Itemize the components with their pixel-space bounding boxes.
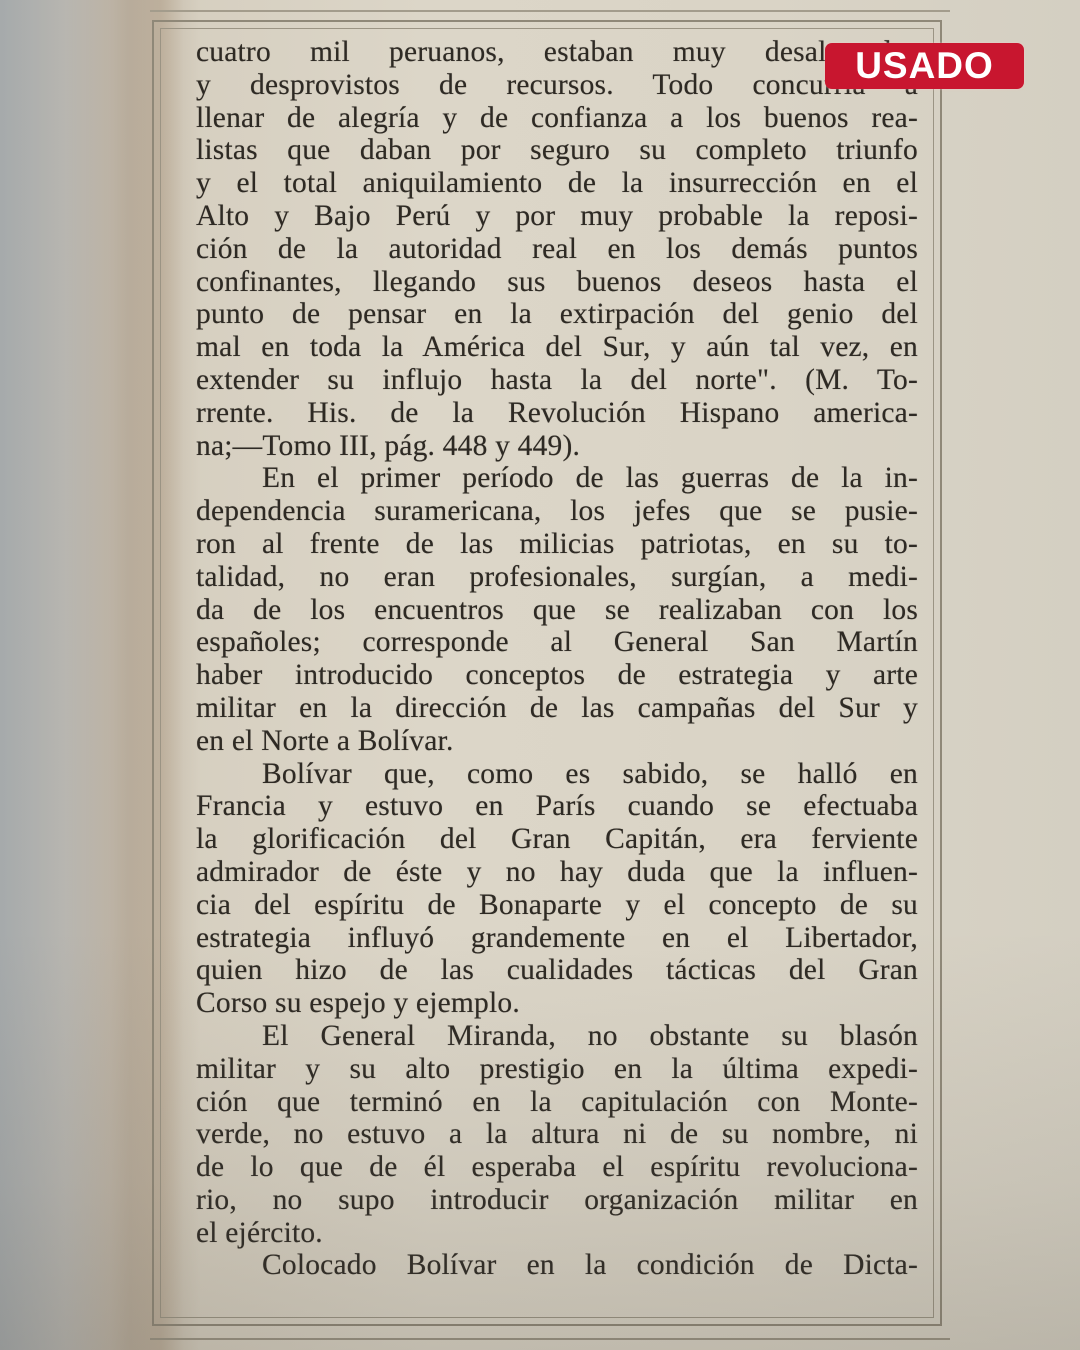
text-line: llenar de alegría y de confianza a los b… bbox=[196, 102, 918, 135]
text-line: ción de la autoridad real en los demás p… bbox=[196, 233, 918, 266]
text-line: militar y su alto prestigio en la última… bbox=[196, 1053, 918, 1086]
text-line: verde, no estuvo a la altura ni de su no… bbox=[196, 1118, 918, 1151]
text-line: cia del espíritu de Bonaparte y el conce… bbox=[196, 889, 918, 922]
text-line: y desprovistos de recursos. Todo concurr… bbox=[196, 69, 918, 102]
text-line: mal en toda la América del Sur, y aún ta… bbox=[196, 331, 918, 364]
text-line: listas que daban por seguro su completo … bbox=[196, 134, 918, 167]
text-line: y el total aniquilamiento de la insurrec… bbox=[196, 167, 918, 200]
text-line: da de los encuentros que se realizaban c… bbox=[196, 594, 918, 627]
text-line: talidad, no eran profesionales, surgían,… bbox=[196, 561, 918, 594]
text-line: haber introducido conceptos de estrategi… bbox=[196, 659, 918, 692]
text-line: Alto y Bajo Perú y por muy probable la r… bbox=[196, 200, 918, 233]
text-line: admirador de éste y no hay duda que la i… bbox=[196, 856, 918, 889]
text-line: el ejército. bbox=[196, 1217, 918, 1250]
text-line: la glorificación del Gran Capitán, era f… bbox=[196, 823, 918, 856]
text-line: españoles; corresponde al General San Ma… bbox=[196, 626, 918, 659]
text-line: Colocado Bolívar en la condición de Dict… bbox=[196, 1249, 918, 1282]
text-line: rrente. His. de la Revolución Hispano am… bbox=[196, 397, 918, 430]
book-page-text: cuatro mil peruanos, estaban muy desalen… bbox=[196, 36, 918, 1282]
used-condition-badge: USADO bbox=[825, 43, 1024, 89]
text-line: quien hizo de las cualidades tácticas de… bbox=[196, 954, 918, 987]
text-line: en el Norte a Bolívar. bbox=[196, 725, 918, 758]
text-line: Corso su espejo y ejemplo. bbox=[196, 987, 918, 1020]
text-line: extender su influjo hasta la del norte".… bbox=[196, 364, 918, 397]
text-line: ron al frente de las milicias patriotas,… bbox=[196, 528, 918, 561]
text-line: En el primer período de las guerras de l… bbox=[196, 462, 918, 495]
paragraph-2: En el primer período de las guerras de l… bbox=[196, 462, 918, 757]
text-line: Bolívar que, como es sabido, se halló en bbox=[196, 758, 918, 791]
text-line: rio, no supo introducir organización mil… bbox=[196, 1184, 918, 1217]
paragraph-5: Colocado Bolívar en la condición de Dict… bbox=[196, 1249, 918, 1282]
text-line: militar en la dirección de las campañas … bbox=[196, 692, 918, 725]
paragraph-1: cuatro mil peruanos, estaban muy desalen… bbox=[196, 36, 918, 462]
text-line: na;—Tomo III, pág. 448 y 449). bbox=[196, 430, 918, 463]
paragraph-3: Bolívar que, como es sabido, se halló en… bbox=[196, 758, 918, 1020]
text-line: dependencia suramericana, los jefes que … bbox=[196, 495, 918, 528]
badge-label: USADO bbox=[855, 45, 994, 87]
text-line: Francia y estuvo en París cuando se efec… bbox=[196, 790, 918, 823]
text-line: confinantes, llegando sus buenos deseos … bbox=[196, 266, 918, 299]
paragraph-4: El General Miranda, no obstante su blasó… bbox=[196, 1020, 918, 1250]
text-line: ción que terminó en la capitulación con … bbox=[196, 1086, 918, 1119]
text-line: estrategia influyó grandemente en el Lib… bbox=[196, 922, 918, 955]
text-line: de lo que de él esperaba el espíritu rev… bbox=[196, 1151, 918, 1184]
text-line: cuatro mil peruanos, estaban muy desalen… bbox=[196, 36, 918, 69]
text-line: punto de pensar en la extirpación del ge… bbox=[196, 298, 918, 331]
text-line: El General Miranda, no obstante su blasó… bbox=[196, 1020, 918, 1053]
